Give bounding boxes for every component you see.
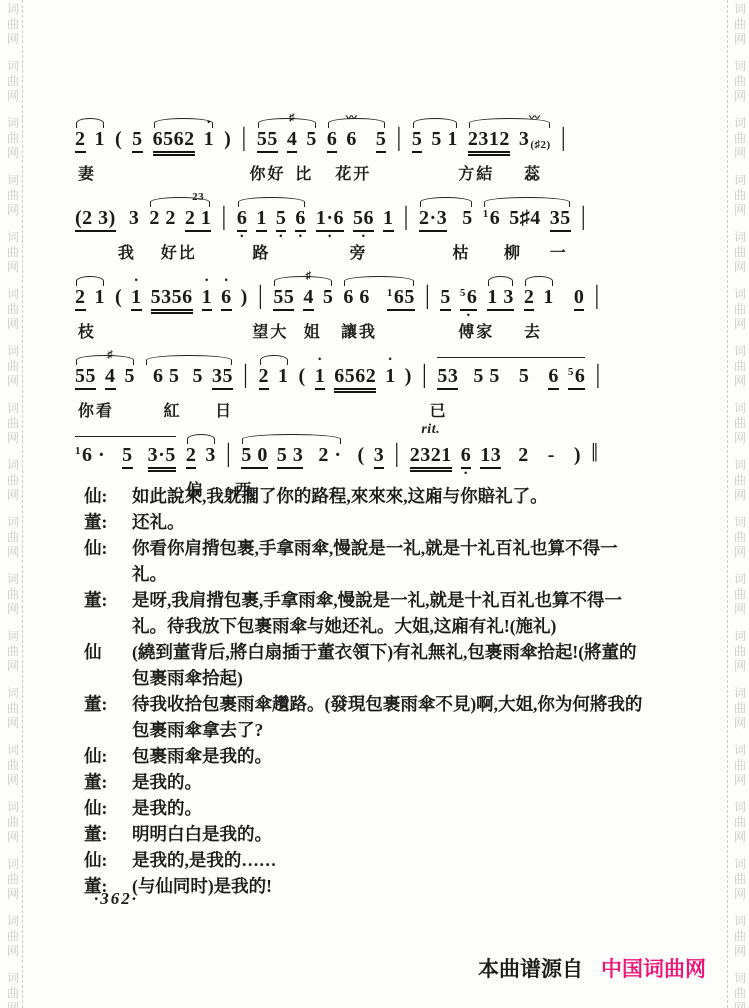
- watermark-char: 曲: [731, 701, 749, 716]
- watermark-char: 词: [4, 287, 22, 302]
- watermark-char: 网: [4, 830, 22, 845]
- note-token: 13: [480, 430, 501, 469]
- watermark-char: 网: [731, 944, 749, 959]
- note-token: 1: [95, 114, 106, 151]
- note-token: 5: [125, 351, 136, 388]
- note-token: 4♯: [287, 114, 298, 153]
- note-token: 5: [440, 272, 451, 311]
- note-token: 5: [376, 114, 387, 153]
- note-group: |: [221, 195, 227, 231]
- dialogue-text: (与仙同时)是我的!: [132, 873, 644, 899]
- watermark-char: 网: [4, 1001, 22, 1008]
- note-group: 21: [524, 272, 554, 311]
- footer-brand: 中国词曲网: [601, 958, 706, 981]
- note-token: 6〰: [346, 114, 357, 151]
- note-token: 5: [412, 114, 423, 153]
- dialogue-row: 仙:是我的,是我的……: [84, 847, 644, 873]
- note-token: 1: [383, 193, 394, 232]
- dialogue-row: 董:明明白白是我的。: [84, 821, 644, 847]
- watermark-group: 词曲网: [731, 629, 749, 674]
- watermark-group: 词曲网: [731, 116, 749, 161]
- note-group: 6 6165: [343, 272, 415, 311]
- watermark-char: 网: [4, 317, 22, 332]
- watermark-char: 词: [731, 344, 749, 359]
- note-token: 3: [374, 430, 385, 469]
- watermark-char: 网: [4, 545, 22, 560]
- note-token: 6 6: [343, 272, 370, 309]
- note-token: 2: [524, 272, 535, 311]
- barline: |: [425, 273, 431, 311]
- note-token: 6562: [334, 351, 376, 393]
- note-token: 2·3: [419, 193, 447, 232]
- watermark-group: 词曲网: [4, 2, 22, 47]
- note-group: 6 5535: [145, 351, 233, 390]
- note-token: 165: [387, 272, 415, 311]
- lyric: 已: [430, 398, 448, 421]
- speaker-label: 董:: [84, 587, 132, 639]
- right-watermark-column: 词曲网词曲网词曲网词曲网词曲网词曲网词曲网词曲网词曲网词曲网词曲网词曲网词曲网词…: [731, 2, 749, 1008]
- note-group: 66〰5: [327, 114, 387, 153]
- note-group: |: [581, 195, 587, 231]
- watermark-char: 曲: [4, 587, 22, 602]
- lyric: 一: [550, 240, 568, 263]
- note-group: |: [396, 116, 402, 152]
- watermark-group: 词曲网: [4, 230, 22, 275]
- lyric: 你好: [249, 161, 285, 184]
- lyric: 傅家: [458, 319, 494, 342]
- notes-row: 16 ·53·523|5 05 32 ·(3|2321rit.6132-)‖: [75, 430, 647, 474]
- note-group: |: [394, 432, 400, 468]
- music-line: 21(565621)|554♯566〰5|55 123123〰(♯2)|妻你好比…: [75, 114, 647, 184]
- watermark-group: 词曲网: [4, 572, 22, 617]
- note-group: 0: [564, 272, 585, 311]
- note-token: 5: [122, 430, 133, 469]
- note-group: (2 3)3: [75, 193, 139, 232]
- dialogue-row: 董:(与仙同时)是我的!: [84, 873, 644, 899]
- note-group: |: [243, 353, 249, 389]
- note-group: 55 1: [412, 114, 458, 153]
- watermark-group: 词曲网: [731, 971, 749, 1008]
- lyric: 望大: [252, 319, 288, 342]
- note-group: 554♯5: [273, 272, 333, 311]
- note-group: 6156: [237, 193, 306, 232]
- watermark-char: 曲: [4, 131, 22, 146]
- note-token: 56: [353, 193, 374, 232]
- note-token: 2: [75, 272, 86, 311]
- note-token: 1: [543, 272, 554, 309]
- note-group: (1535616): [115, 272, 248, 314]
- watermark-char: 曲: [4, 872, 22, 887]
- watermark-char: 网: [4, 602, 22, 617]
- watermark-char: 网: [731, 602, 749, 617]
- watermark-char: 词: [731, 287, 749, 302]
- watermark-char: 曲: [4, 416, 22, 431]
- watermark-group: 词曲网: [4, 629, 22, 674]
- watermark-char: 曲: [731, 758, 749, 773]
- note-token: 2321rit.: [410, 430, 452, 472]
- note-top-annotation: 〰: [529, 113, 541, 124]
- watermark-group: 词曲网: [4, 686, 22, 731]
- watermark-group: 词曲网: [731, 800, 749, 845]
- grace-note: 5: [568, 366, 574, 378]
- watermark-char: 词: [731, 230, 749, 245]
- note-token: ): [405, 351, 412, 388]
- watermark-group: 词曲网: [731, 173, 749, 218]
- music-line: 554♯56 5535|21(165621)|535 55656|你看紅日已: [75, 351, 647, 421]
- note-group: 556: [440, 272, 477, 311]
- speaker-label: 董:: [84, 769, 132, 795]
- note-group: (165621): [299, 351, 412, 393]
- watermark-char: 网: [4, 773, 22, 788]
- watermark-char: 词: [731, 173, 749, 188]
- watermark-char: 词: [4, 59, 22, 74]
- note-token: 2: [518, 430, 529, 467]
- watermark-char: 词: [4, 2, 22, 17]
- note-token: 6: [548, 351, 559, 390]
- watermark-char: 曲: [4, 473, 22, 488]
- dialogue-row: 仙:如此說來,我躭擱了你的路程,來來來,这廂与你賠礼了。: [84, 483, 644, 509]
- watermark-group: 词曲网: [731, 857, 749, 902]
- watermark-char: 网: [731, 830, 749, 845]
- note-token: 5 0: [241, 430, 268, 469]
- lyric: 旁: [350, 240, 368, 263]
- lyric: 花开: [335, 161, 371, 184]
- note-token: 6: [461, 430, 472, 469]
- barline: |: [226, 431, 232, 469]
- watermark-char: 网: [4, 260, 22, 275]
- watermark-char: 曲: [4, 17, 22, 32]
- lyric: 蕊: [524, 161, 542, 184]
- watermark-char: 曲: [4, 758, 22, 773]
- watermark-group: 词曲网: [731, 914, 749, 959]
- lyric: 妻: [78, 161, 96, 184]
- note-group: ‖: [591, 432, 599, 468]
- note-token: 53: [437, 351, 458, 390]
- note-token: 16: [483, 193, 501, 230]
- watermark-char: 曲: [4, 530, 22, 545]
- watermark-char: 词: [731, 857, 749, 872]
- watermark-char: 词: [4, 401, 22, 416]
- dialogue-row: 仙:包裹雨傘是我的。: [84, 743, 644, 769]
- note-token: 2312: [468, 114, 510, 156]
- watermark-group: 词曲网: [4, 173, 22, 218]
- watermark-group: 词曲网: [731, 401, 749, 446]
- watermark-group: 词曲网: [4, 116, 22, 161]
- watermark-char: 网: [731, 545, 749, 560]
- note-group: 65621: [153, 114, 215, 156]
- lyric: 日: [215, 398, 233, 421]
- dialogue-text: 待我收拾包裹雨傘趲路。(發現包裹雨傘不見)啊,大姐,你为何將我的包裹雨傘拿去了?: [132, 691, 644, 743]
- watermark-char: 词: [731, 401, 749, 416]
- watermark-group: 词曲网: [731, 230, 749, 275]
- note-token: 1: [131, 272, 142, 311]
- watermark-char: 词: [4, 572, 22, 587]
- watermark-group: 词曲网: [731, 515, 749, 560]
- watermark-char: 曲: [731, 530, 749, 545]
- note-token: 16 ·: [75, 430, 105, 467]
- watermark-char: 曲: [731, 473, 749, 488]
- note-group: 21: [259, 351, 289, 390]
- watermark-char: 词: [731, 800, 749, 815]
- note-token: (: [299, 351, 306, 388]
- watermark-char: 网: [4, 659, 22, 674]
- watermark-char: 网: [4, 716, 22, 731]
- page-number: ·362·: [94, 889, 138, 909]
- watermark-char: 词: [731, 629, 749, 644]
- note-token: 55: [273, 272, 294, 311]
- note-token: 5: [193, 351, 204, 388]
- speaker-label: 仙:: [84, 535, 132, 587]
- note-token: 5: [306, 114, 317, 151]
- watermark-char: 网: [731, 887, 749, 902]
- lyric: 姐: [304, 319, 322, 342]
- note-token: 3: [205, 430, 216, 467]
- watermark-char: 词: [731, 971, 749, 986]
- lyric: 枝: [78, 319, 96, 342]
- watermark-char: 网: [731, 659, 749, 674]
- watermark-group: 词曲网: [4, 458, 22, 503]
- dialogue-section: 仙:如此說來,我躭擱了你的路程,來來來,这廂与你賠礼了。董:还礼。仙:你看你肩揹…: [84, 483, 644, 899]
- note-token: 6562: [153, 114, 195, 156]
- lyric: 去: [524, 319, 542, 342]
- lyrics-row: 我好比路旁枯柳一: [75, 240, 647, 263]
- note-group: |: [226, 432, 232, 468]
- lyrics-row: 你看紅日已: [75, 398, 647, 421]
- note-group: 165♯435: [483, 193, 571, 232]
- watermark-char: 网: [4, 89, 22, 104]
- watermark-char: 网: [4, 203, 22, 218]
- note-token: ): [241, 272, 248, 309]
- lyric: 你看: [78, 398, 114, 421]
- note-group: 2321rit.6132-): [410, 430, 581, 472]
- note-token: 1: [256, 193, 267, 232]
- note-token: 4♯: [303, 272, 314, 311]
- music-score: 21(565621)|554♯566〰5|55 123123〰(♯2)|妻你好比…: [75, 114, 647, 509]
- note-token: (: [358, 430, 365, 467]
- watermark-group: 词曲网: [731, 572, 749, 617]
- lyrics-row: 妻你好比花开方結蕊: [75, 161, 647, 184]
- note-token: 2: [75, 114, 86, 153]
- watermark-char: 词: [4, 173, 22, 188]
- note-group: 23: [186, 430, 216, 469]
- note-token: 2: [259, 351, 270, 390]
- watermark-char: 网: [731, 374, 749, 389]
- watermark-char: 词: [731, 515, 749, 530]
- watermark-char: 网: [731, 716, 749, 731]
- note-token: (: [115, 114, 122, 151]
- note-token: 2 2: [149, 193, 176, 230]
- note-group: 554♯5: [75, 351, 135, 390]
- note-token: 5 3: [277, 430, 304, 469]
- note-token: 55: [257, 114, 278, 153]
- note-token: 6: [237, 193, 248, 232]
- watermark-char: 词: [4, 629, 22, 644]
- note-token: 5: [323, 272, 334, 309]
- lyric: 比: [295, 161, 313, 184]
- note-group: |: [594, 274, 600, 310]
- note-group: (3: [352, 430, 385, 469]
- note-token: 3〰(♯2): [519, 114, 551, 151]
- note-token: 6: [295, 193, 306, 232]
- dialogue-row: 董:是我的。: [84, 769, 644, 795]
- note-token: 2 123: [185, 193, 212, 232]
- watermark-group: 词曲网: [731, 287, 749, 332]
- dialogue-row: 董:是呀,我肩揹包裹,手拿雨傘,慢說是一礼,就是十礼百礼也算不得一礼。待我放下包…: [84, 587, 644, 639]
- watermark-group: 词曲网: [731, 344, 749, 389]
- note-group: 21: [75, 114, 105, 153]
- note-token: 3·5: [148, 430, 176, 472]
- watermark-group: 词曲网: [731, 458, 749, 503]
- watermark-char: 词: [4, 914, 22, 929]
- watermark-char: 曲: [731, 302, 749, 317]
- note-token: 2 ·: [318, 430, 341, 467]
- watermark-char: 词: [4, 116, 22, 131]
- note-group: |: [425, 274, 431, 310]
- watermark-char: 网: [731, 146, 749, 161]
- note-token: 1: [95, 272, 106, 309]
- watermark-char: 曲: [731, 245, 749, 260]
- lyrics-row: 枝望大姐讓我傅家去: [75, 319, 647, 342]
- barline: ‖: [591, 431, 599, 469]
- watermark-char: 曲: [4, 302, 22, 317]
- watermark-char: 网: [4, 374, 22, 389]
- note-token: 1: [202, 272, 213, 311]
- barline: |: [221, 194, 227, 232]
- note-top-annotation: ♯: [306, 271, 312, 282]
- watermark-group: 词曲网: [731, 686, 749, 731]
- note-token: -: [548, 430, 555, 467]
- watermark-group: 词曲网: [4, 59, 22, 104]
- watermark-char: 词: [731, 743, 749, 758]
- note-token: 5: [462, 193, 473, 230]
- watermark-char: 网: [4, 887, 22, 902]
- grace-note: 1: [75, 445, 81, 457]
- note-token: 1: [204, 114, 215, 151]
- watermark-char: 词: [4, 686, 22, 701]
- watermark-group: 词曲网: [731, 59, 749, 104]
- dialogue-row: 仙:你看你肩揹包裹,手拿雨傘,慢說是一礼,就是十礼百礼也算不得一礼。: [84, 535, 644, 587]
- watermark-char: 网: [4, 431, 22, 446]
- music-line: 21(1535616)|554♯56 6165|5561 3210|枝望大姐讓我…: [75, 272, 647, 342]
- barline: |: [394, 431, 400, 469]
- note-group: |: [258, 274, 264, 310]
- right-margin-divider: [727, 0, 728, 1008]
- speaker-label: 董:: [84, 509, 132, 535]
- note-token: 4♯: [105, 351, 116, 390]
- watermark-char: 词: [4, 857, 22, 872]
- watermark-char: 词: [731, 914, 749, 929]
- note-group: 2·35: [419, 193, 473, 232]
- watermark-char: 网: [4, 32, 22, 47]
- watermark-char: 词: [731, 2, 749, 17]
- watermark-group: 词曲网: [4, 344, 22, 389]
- note-top-annotation: rit.: [421, 423, 440, 437]
- speaker-label: 仙: [84, 639, 132, 691]
- note-token: 6: [221, 272, 232, 311]
- speaker-label: 仙:: [84, 795, 132, 821]
- note-group: 2 22 123: [149, 193, 211, 232]
- note-token: 56: [460, 272, 478, 311]
- page-root: { "page": { "number": "·362·", "footer":…: [0, 0, 749, 1008]
- barline: |: [243, 352, 249, 390]
- lyric: 好比: [161, 240, 197, 263]
- dialogue-text: 包裹雨傘是我的。: [132, 743, 644, 769]
- watermark-char: 曲: [731, 188, 749, 203]
- note-token: 5: [519, 351, 530, 388]
- dialogue-row: 董:待我收拾包裹雨傘趲路。(發現包裹雨傘不見)啊,大姐,你为何將我的包裹雨傘拿去…: [84, 691, 644, 743]
- note-group: 5: [132, 114, 143, 153]
- watermark-char: 词: [4, 458, 22, 473]
- note-group: 23123〰(♯2): [468, 114, 551, 156]
- watermark-char: 曲: [4, 245, 22, 260]
- watermark-group: 词曲网: [4, 287, 22, 332]
- note-top-annotation: 23: [192, 192, 204, 203]
- note-token: 1: [385, 351, 396, 388]
- note-token: 35: [212, 351, 233, 390]
- watermark-char: 曲: [4, 188, 22, 203]
- note-token: 5 1: [431, 114, 458, 151]
- dialogue-text: 明明白白是我的。: [132, 821, 644, 847]
- music-line: (2 3)32 22 123|61561·6561|2·35165♯435|我好…: [75, 193, 647, 263]
- watermark-char: 网: [731, 89, 749, 104]
- note-token: 1 3: [487, 272, 514, 311]
- note-token: 5♯4: [509, 193, 541, 230]
- dialogue-text: 是我的。: [132, 769, 644, 795]
- watermark-char: 曲: [731, 131, 749, 146]
- barline: |: [258, 273, 264, 311]
- dialogue-row: 董:还礼。: [84, 509, 644, 535]
- barline: |: [594, 273, 600, 311]
- notes-row: 554♯56 5535|21(165621)|535 55656|: [75, 351, 647, 395]
- watermark-group: 词曲网: [4, 857, 22, 902]
- watermark-char: 网: [731, 317, 749, 332]
- note-group: |: [241, 116, 247, 152]
- notes-row: 21(1535616)|554♯56 6165|5561 3210|: [75, 272, 647, 316]
- dialogue-text: 你看你肩揹包裹,手拿雨傘,慢說是一礼,就是十礼百礼也算不得一礼。: [132, 535, 644, 587]
- note-group: 21: [75, 272, 105, 311]
- watermark-char: 曲: [4, 815, 22, 830]
- watermark-group: 词曲网: [4, 515, 22, 560]
- note-top-annotation: ♯: [107, 350, 113, 361]
- note-token: 6: [327, 114, 338, 153]
- watermark-char: 词: [4, 800, 22, 815]
- note-token: ): [224, 114, 231, 151]
- note-top-annotation: ♯: [289, 113, 295, 124]
- watermark-char: 曲: [731, 929, 749, 944]
- barline: |: [422, 352, 428, 390]
- watermark-char: 曲: [731, 587, 749, 602]
- speaker-label: 仙:: [84, 483, 132, 509]
- watermark-char: 曲: [4, 929, 22, 944]
- note-token: 3: [129, 193, 140, 230]
- footer-prefix: 本曲谱源自: [478, 958, 583, 981]
- note-group: 1·6561: [316, 193, 394, 232]
- note-group: |: [561, 116, 567, 152]
- dialogue-text: 是呀,我肩揹包裹,手拿雨傘,慢說是一礼,就是十礼百礼也算不得一礼。待我放下包裹雨…: [132, 587, 644, 639]
- watermark-char: 网: [731, 203, 749, 218]
- dialogue-text: 是我的。: [132, 795, 644, 821]
- note-token: ): [574, 430, 581, 467]
- barline: |: [581, 194, 587, 232]
- grace-note: 1: [483, 208, 489, 220]
- speaker-label: 董:: [84, 821, 132, 847]
- watermark-char: 曲: [731, 872, 749, 887]
- watermark-char: 词: [731, 458, 749, 473]
- watermark-char: 词: [731, 116, 749, 131]
- note-group: ): [224, 114, 231, 151]
- watermark-char: 曲: [4, 701, 22, 716]
- note-group: 16 ·53·5: [75, 430, 176, 472]
